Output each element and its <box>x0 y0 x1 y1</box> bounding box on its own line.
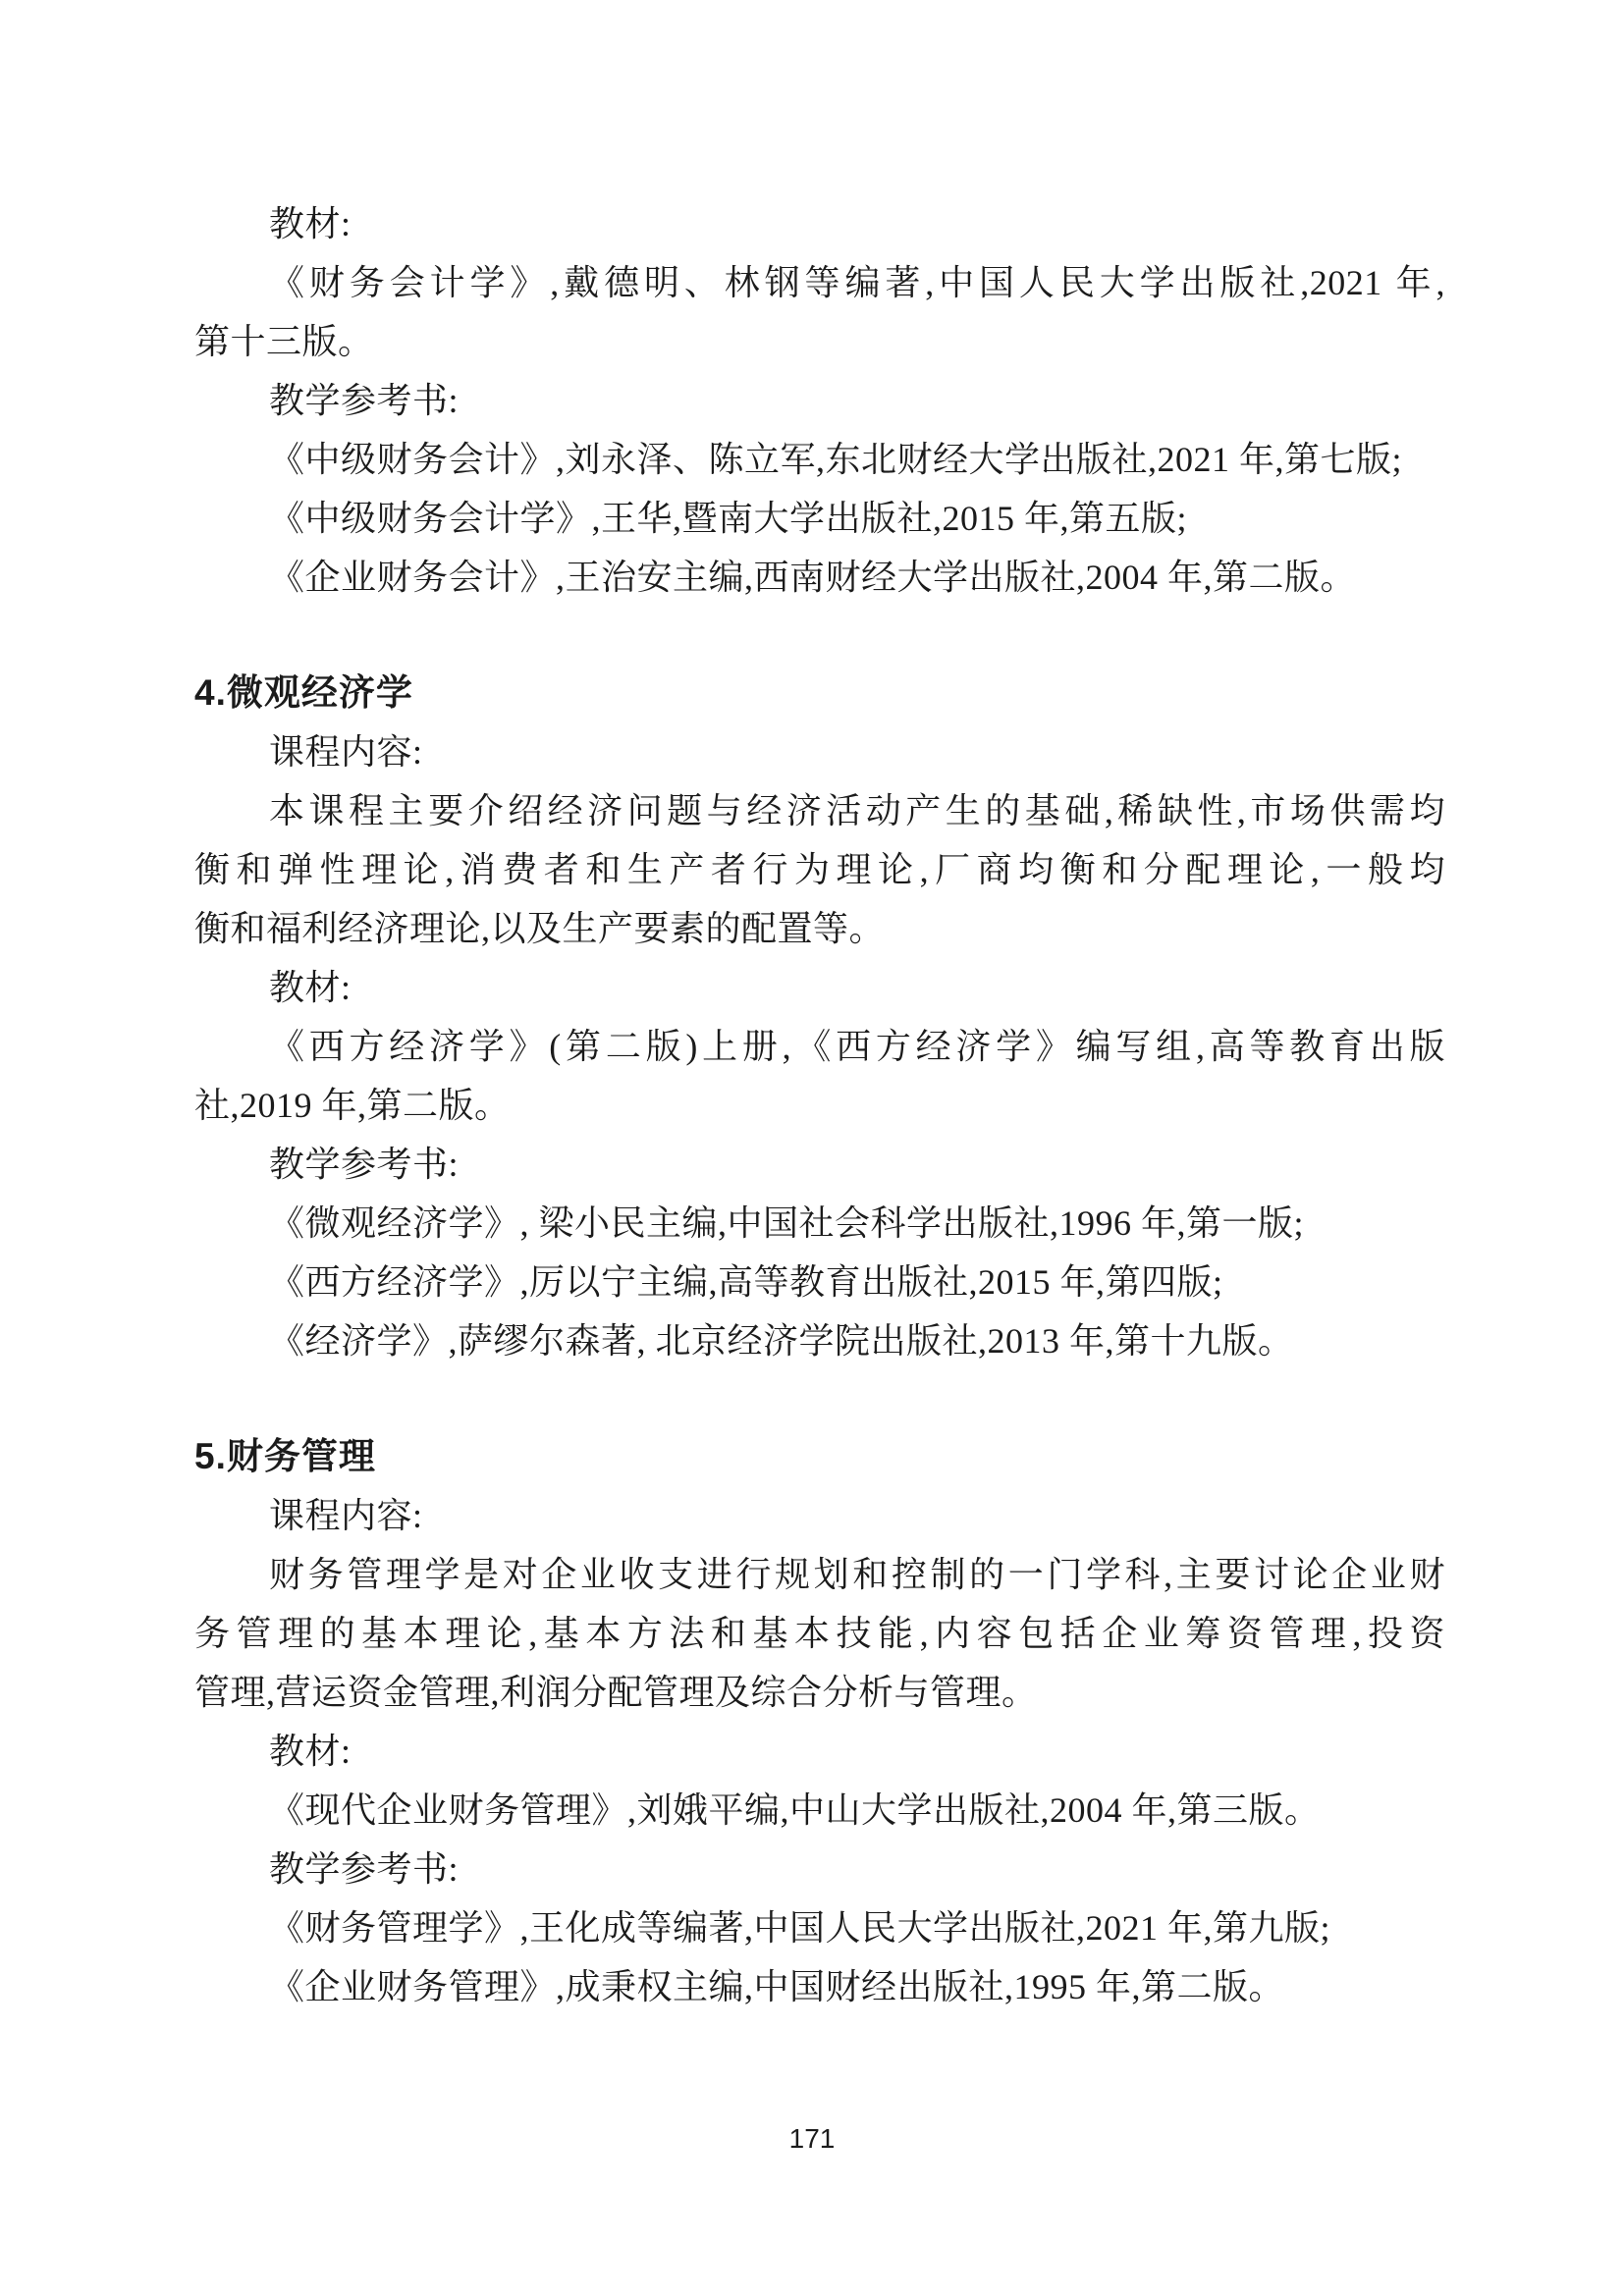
section-gap <box>194 607 1445 664</box>
text-line: 《经济学》,萨缪尔森著, 北京经济学院出版社,2013 年,第十九版。 <box>194 1311 1445 1370</box>
document-page: 教材:《财务会计学》,戴德明、林钢等编著,中国人民大学出版社,2021 年,第十… <box>0 0 1624 2296</box>
text-line: 管理,营运资金管理,利润分配管理及综合分析与管理。 <box>194 1663 1445 1722</box>
text-line: 社,2019 年,第二版。 <box>194 1076 1445 1135</box>
section-heading: 4.微观经济学 <box>194 664 1445 722</box>
section-gap <box>194 1370 1445 1427</box>
text-line: 《财务管理学》,王化成等编著,中国人民大学出版社,2021 年,第九版; <box>194 1898 1445 1957</box>
text-line: 教学参考书: <box>194 1840 1445 1898</box>
text-line: 《现代企业财务管理》,刘娥平编,中山大学出版社,2004 年,第三版。 <box>194 1781 1445 1840</box>
text-line: 《中级财务会计学》,王华,暨南大学出版社,2015 年,第五版; <box>194 489 1445 548</box>
text-line: 衡和福利经济理论,以及生产要素的配置等。 <box>194 899 1445 958</box>
footer: 171 <box>0 2123 1624 2155</box>
text-line: 《微观经济学》, 梁小民主编,中国社会科学出版社,1996 年,第一版; <box>194 1194 1445 1253</box>
text-line: 财务管理学是对企业收支进行规划和控制的一门学科,主要讨论企业财 <box>194 1545 1445 1604</box>
text-line: 课程内容: <box>194 1486 1445 1545</box>
page-number: 171 <box>789 2123 836 2154</box>
text-line: 务管理的基本理论,基本方法和基本技能,内容包括企业筹资管理,投资 <box>194 1604 1445 1663</box>
text-line: 教材: <box>194 1722 1445 1781</box>
text-line: 教材: <box>194 958 1445 1017</box>
text-line: 《企业财务会计》,王治安主编,西南财经大学出版社,2004 年,第二版。 <box>194 548 1445 607</box>
text-line: 《西方经济学》(第二版)上册,《西方经济学》编写组,高等教育出版 <box>194 1017 1445 1076</box>
section-heading: 5.财务管理 <box>194 1427 1445 1486</box>
text-line: 第十三版。 <box>194 312 1445 371</box>
text-line: 衡和弹性理论,消费者和生产者行为理论,厂商均衡和分配理论,一般均 <box>194 840 1445 899</box>
text-line: 教学参考书: <box>194 371 1445 430</box>
document-content: 教材:《财务会计学》,戴德明、林钢等编著,中国人民大学出版社,2021 年,第十… <box>194 194 1445 2016</box>
text-line: 《企业财务管理》,成秉权主编,中国财经出版社,1995 年,第二版。 <box>194 1957 1445 2016</box>
text-line: 《财务会计学》,戴德明、林钢等编著,中国人民大学出版社,2021 年, <box>194 253 1445 312</box>
text-line: 《西方经济学》,厉以宁主编,高等教育出版社,2015 年,第四版; <box>194 1253 1445 1311</box>
text-line: 《中级财务会计》,刘永泽、陈立军,东北财经大学出版社,2021 年,第七版; <box>194 430 1445 489</box>
text-line: 本课程主要介绍经济问题与经济活动产生的基础,稀缺性,市场供需均 <box>194 781 1445 840</box>
text-line: 教学参考书: <box>194 1135 1445 1194</box>
text-line: 课程内容: <box>194 722 1445 781</box>
text-line: 教材: <box>194 194 1445 253</box>
